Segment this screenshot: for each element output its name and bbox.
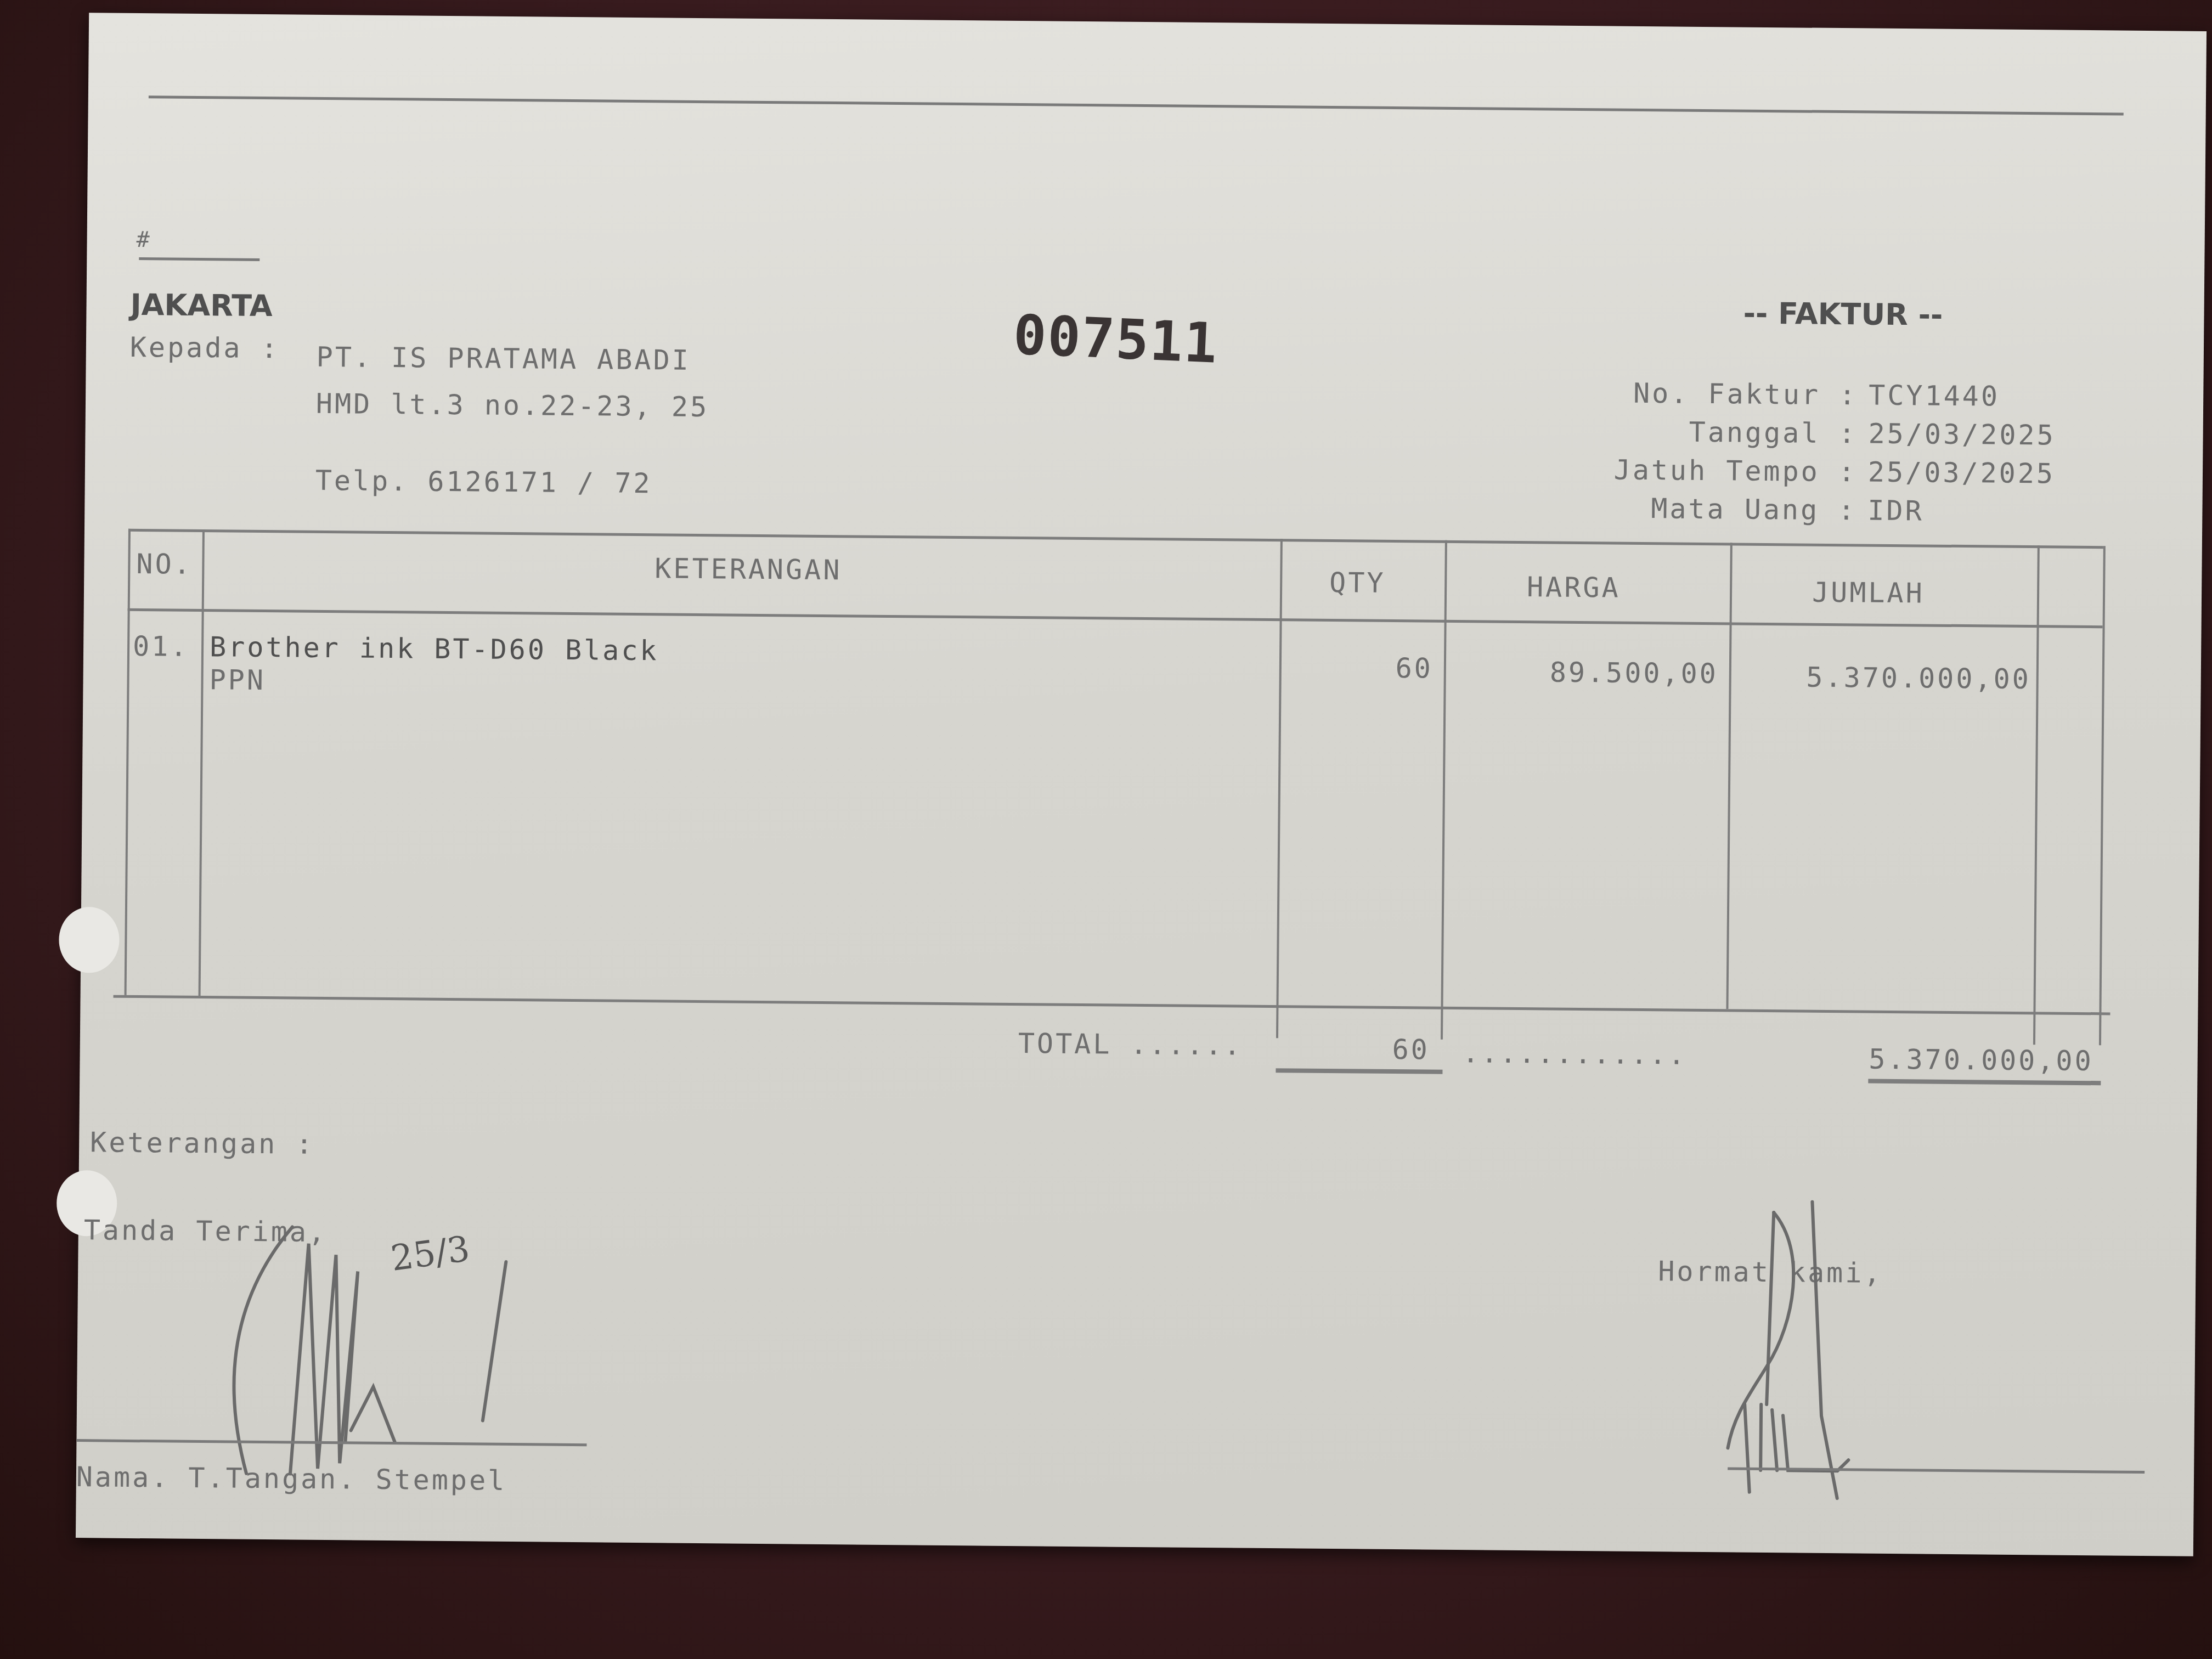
recipient-label: Kepada :: [130, 331, 280, 364]
header-underline: [139, 257, 259, 261]
jumlah-total-double-underline: [1868, 1079, 2101, 1086]
total-label: TOTAL ......: [1018, 1028, 1243, 1062]
col-header-harga: HARGA: [1527, 571, 1621, 603]
table-bottom-border: [114, 995, 2111, 1015]
mata-uang-label: Mata Uang :: [1472, 491, 1857, 526]
invoice-paper: # JAKARTA Kepada : PT. IS PRATAMA ABADI …: [76, 13, 2207, 1556]
col-header-keterangan: KETERANGAN: [654, 552, 842, 586]
tanggal-value: 25/03/2025: [1868, 418, 2056, 452]
row-jumlah: 5.370.000,00: [1735, 661, 2031, 695]
row-harga: 89.500,00: [1449, 656, 1718, 690]
punch-hole: [59, 907, 120, 973]
items-table: NO. KETERANGAN QTY HARGA JUMLAH 01. Brot…: [89, 13, 2207, 31]
col-header-no: NO.: [136, 548, 193, 580]
top-rule: [149, 95, 2124, 115]
col-header-qty: QTY: [1329, 567, 1386, 599]
col-divider: [2099, 546, 2106, 1045]
col-divider: [1276, 539, 1283, 1038]
recipient-name: PT. IS PRATAMA ABADI: [316, 341, 691, 376]
keterangan-label: Keterangan :: [90, 1126, 315, 1160]
total-qty: 60: [1282, 1032, 1430, 1065]
top-mark: #: [136, 227, 151, 252]
signature-caption: Nama. T.Tangan. Stempel: [76, 1461, 507, 1497]
qty-total-double-underline: [1276, 1068, 1442, 1074]
col-divider: [1441, 540, 1447, 1040]
row-description-2: PPN: [209, 664, 266, 696]
row-qty: 60: [1285, 651, 1433, 684]
col-divider: [2033, 545, 2040, 1045]
jatuh-tempo-label: Jatuh Tempo :: [1473, 453, 1857, 488]
col-divider: [1726, 543, 1732, 1009]
table-header-border: [128, 608, 2103, 628]
city-label: JAKARTA: [130, 287, 273, 323]
jatuh-tempo-value: 25/03/2025: [1868, 456, 2056, 490]
col-divider: [199, 529, 205, 996]
no-faktur-value: TCY1440: [1869, 380, 2000, 413]
tanggal-label: Tanggal :: [1473, 414, 1857, 449]
total-dots: ............: [1463, 1037, 1688, 1071]
total-jumlah: 5.370.000,00: [1731, 1042, 2093, 1077]
recipient-address: HMD lt.3 no.22-23, 25: [316, 388, 709, 423]
table-row: 01. Brother ink BT-D60 Black PPN 60 89.5…: [89, 13, 2207, 31]
table-top-border: [128, 529, 2103, 549]
serial-number-stamp: 007511: [1012, 302, 1220, 375]
mata-uang-value: IDR: [1867, 495, 1924, 527]
no-faktur-label: No. Faktur :: [1474, 376, 1858, 411]
row-no: 01.: [133, 630, 189, 663]
sender-signature: [1711, 1184, 1933, 1515]
recipient-phone: Telp. 6126171 / 72: [315, 465, 652, 499]
col-divider: [125, 529, 131, 995]
row-description: Brother ink BT-D60 Black: [210, 631, 659, 667]
col-header-jumlah: JUMLAH: [1812, 577, 1925, 610]
invoice-title: -- FAKTUR --: [1743, 296, 1943, 332]
